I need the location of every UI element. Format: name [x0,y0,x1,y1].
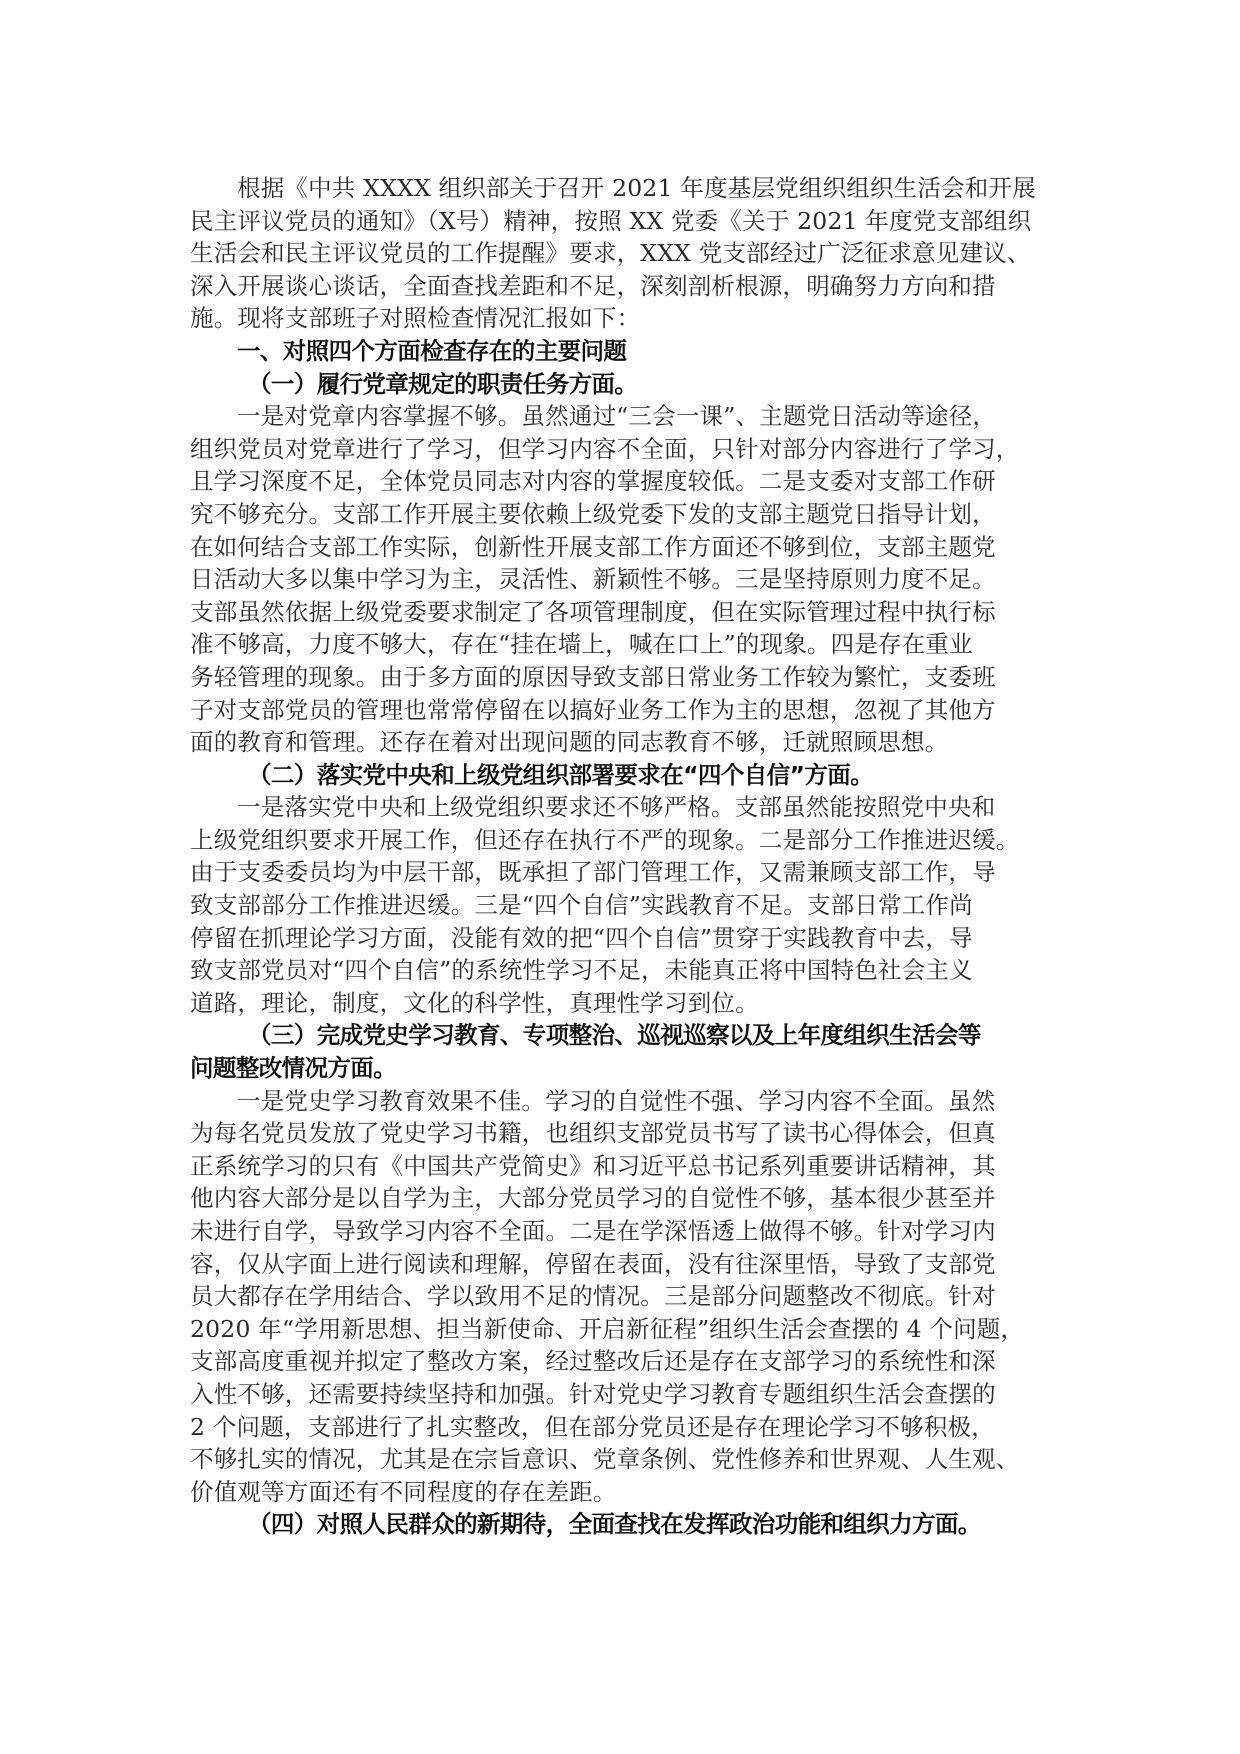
text-line: 根据《中共 XXXX 组织部关于召开 2021 年度基层党组织组织生活会和开展 [190,172,1060,205]
text-line: 支部虽然依据上级党委要求制定了各项管理制度，但在实际管理过程中执行标 [190,596,1060,629]
text-line: 究不够充分。支部工作开展主要依赖上级党委下发的支部主题党日指导计划， [190,498,1060,531]
text-line: 务轻管理的现象。由于多方面的原因导致支部日常业务工作较为繁忙，支委班 [190,661,1060,694]
text-line: 由于支委委员均为中层干部，既承担了部门管理工作，又需兼顾支部工作，导 [190,856,1060,889]
text-line: 且学习深度不足，全体党员同志对内容的掌握度较低。二是支委对支部工作研 [190,465,1060,498]
text-line: 2020 年“学用新思想、担当新使命、开启新征程”组织生活会查摆的 4 个问题， [190,1313,1060,1346]
text-line: 他内容大部分是以自学为主，大部分党员学习的自觉性不够，基本很少甚至并 [190,1182,1060,1215]
text-line: 为每名党员发放了党史学习书籍，也组织支部党员书写了读书心得体会，但真 [190,1117,1060,1150]
text-line: 价值观等方面还有不同程度的存在差距。 [190,1476,1060,1509]
text-line: 致支部党员对“四个自信”的系统性学习不足，未能真正将中国特色社会主义 [190,954,1060,987]
subsection-2-body: 一是落实党中央和上级党组织要求还不够严格。支部虽然能按照党中央和 上级党组织要求… [190,791,1060,1019]
text-line: 支部高度重视并拟定了整改方案，经过整改后还是存在支部学习的系统性和深 [190,1345,1060,1378]
intro-paragraph: 根据《中共 XXXX 组织部关于召开 2021 年度基层党组织组织生活会和开展 … [190,172,1060,335]
text-line: 入性不够，还需要持续坚持和加强。针对党史学习教育专题组织生活会查摆的 [190,1378,1060,1411]
text-line: 致支部部分工作推进迟缓。三是“四个自信”实践教育不足。支部日常工作尚 [190,889,1060,922]
subsection-1-body: 一是对党章内容掌握不够。虽然通过“三会一课”、主题党日活动等途径， 组织党员对党… [190,400,1060,759]
text-line: 组织党员对党章进行了学习，但学习内容不全面，只针对部分内容进行了学习， [190,433,1060,466]
text-line: 一是对党章内容掌握不够。虽然通过“三会一课”、主题党日活动等途径， [190,400,1060,433]
heading-line: 问题整改情况方面。 [190,1052,1060,1085]
text-line: 道路，理论，制度，文化的科学性，真理性学习到位。 [190,987,1060,1020]
text-line: 生活会和民主评议党员的工作提醒》要求，XXX 党支部经过广泛征求意见建议、 [190,237,1060,270]
text-line: 员大都存在学用结合、学以致用不足的情况。三是部分问题整改不彻底。针对 [190,1280,1060,1313]
text-line: 不够扎实的情况，尤其是在宗旨意识、党章条例、党性修养和世界观、人生观、 [190,1443,1060,1476]
text-line: 子对支部党员的管理也常常停留在以搞好业务工作为主的思想，忽视了其他方 [190,694,1060,727]
subsection-heading-3: （三）完成党史学习教育、专项整治、巡视巡察以及上年度组织生活会等 问题整改情况方… [190,1019,1060,1084]
section-heading-1: 一、对照四个方面检查存在的主要问题 [190,335,1060,368]
text-line: 停留在抓理论学习方面，没能有效的把“四个自信”贯穿于实践教育中去，导 [190,922,1060,955]
heading-line: （三）完成党史学习教育、专项整治、巡视巡察以及上年度组织生活会等 [190,1019,1060,1052]
text-line: 日活动大多以集中学习为主，灵活性、新颖性不够。三是坚持原则力度不足。 [190,563,1060,596]
text-line: 上级党组织要求开展工作，但还存在执行不严的现象。二是部分工作推进迟缓。 [190,824,1060,857]
text-line: 深入开展谈心谈话，全面查找差距和不足，深刻剖析根源，明确努力方向和措 [190,270,1060,303]
text-line: 施。现将支部班子对照检查情况汇报如下： [190,302,1060,335]
text-line: 容，仅从字面上进行阅读和理解，停留在表面，没有往深里悟，导致了支部党 [190,1248,1060,1281]
text-line: 一是党史学习教育效果不佳。学习的自觉性不强、学习内容不全面。虽然 [190,1085,1060,1118]
text-line: 在如何结合支部工作实际，创新性开展支部工作方面还不够到位，支部主题党 [190,531,1060,564]
text-line: 未进行自学，导致学习内容不全面。二是在学深悟透上做得不够。针对学习内 [190,1215,1060,1248]
text-line: 准不够高，力度不够大，存在“挂在墙上，喊在口上”的现象。四是存在重业 [190,628,1060,661]
text-line: 2 个问题，支部进行了扎实整改，但在部分党员还是存在理论学习不够积极， [190,1411,1060,1444]
subsection-heading-1: （一）履行党章规定的职责任务方面。 [190,368,1060,401]
subsection-heading-4: （四）对照人民群众的新期待，全面查找在发挥政治功能和组织力方面。 [190,1508,1060,1541]
text-line: 正系统学习的只有《中国共产党简史》和习近平总书记系列重要讲话精神，其 [190,1150,1060,1183]
subsection-heading-2: （二）落实党中央和上级党组织部署要求在“四个自信”方面。 [190,759,1060,792]
document-page: 根据《中共 XXXX 组织部关于召开 2021 年度基层党组织组织生活会和开展 … [190,172,1060,1541]
text-line: 一是落实党中央和上级党组织要求还不够严格。支部虽然能按照党中央和 [190,791,1060,824]
subsection-3-body: 一是党史学习教育效果不佳。学习的自觉性不强、学习内容不全面。虽然 为每名党员发放… [190,1085,1060,1509]
text-line: 民主评议党员的通知》（X号）精神，按照 XX 党委《关于 2021 年度党支部组… [190,205,1060,238]
text-line: 面的教育和管理。还存在着对出现问题的同志教育不够，迁就照顾思想。 [190,726,1060,759]
